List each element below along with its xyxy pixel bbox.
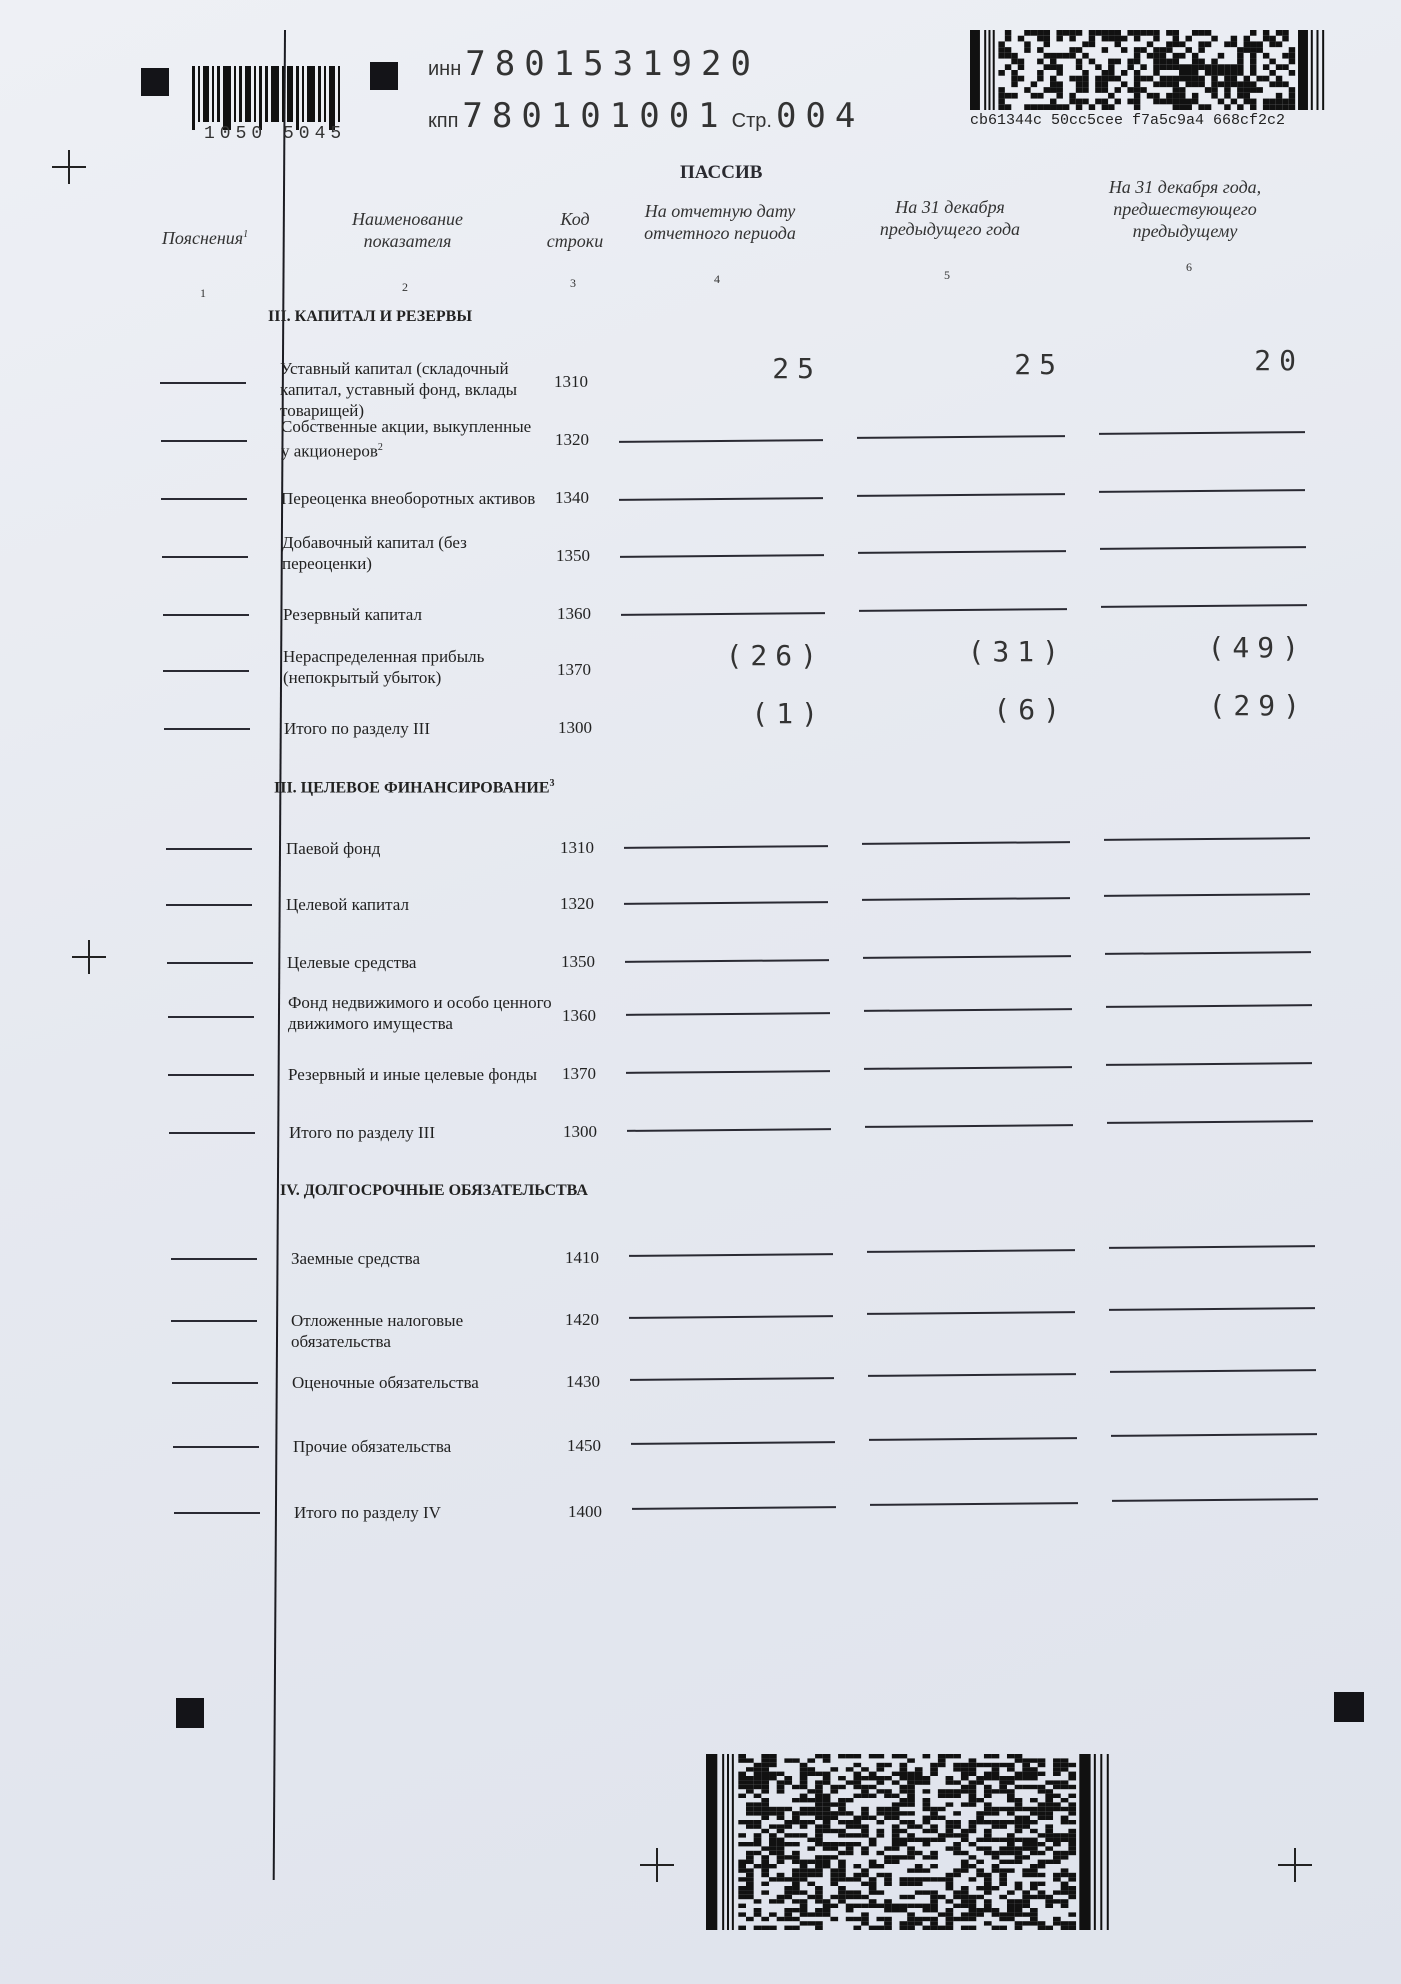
column-number: 3 [570,276,576,291]
value-cell-empty[interactable] [625,959,829,962]
row-label: Отложенные налоговые обязательства [291,1310,546,1352]
row-label: Фонд недвижимого и особо ценного движимо… [288,992,578,1034]
value-cell-empty[interactable] [864,1008,1072,1011]
value-cell[interactable]: (1) [622,697,826,730]
value-cell-empty[interactable] [621,612,825,615]
value-cell-empty[interactable] [1110,1369,1316,1372]
kpp-block: КПП 780101001 Стр. 004 [428,96,864,136]
column-header-name: Наименование показателя [320,208,495,252]
row-code: 1310 [554,372,588,392]
row-label: Добавочный капитал (без переоценки) [282,532,537,574]
row-code: 1300 [558,718,592,738]
value-cell-empty[interactable] [1104,837,1310,840]
value-cell-empty[interactable] [624,845,828,848]
value-cell-empty[interactable] [1101,604,1307,607]
value-cell-empty[interactable] [1099,489,1305,492]
registration-square [1334,1692,1364,1722]
inn-block: ИНН 7801531920 [428,44,760,84]
value-cell-empty[interactable] [863,955,1071,958]
registration-square [176,1698,204,1728]
row-label: Паевой фонд [286,838,541,859]
column-number: 5 [944,268,950,283]
registration-square [141,68,169,96]
linear-barcode [192,66,343,122]
row-label: Прочие обязательства [293,1436,548,1457]
value-cell-empty[interactable] [868,1373,1076,1376]
page-number: 004 [776,96,864,136]
value-cell-empty[interactable] [1106,1004,1312,1007]
row-label: Итого по разделу IV [294,1502,549,1523]
row-code: 1310 [560,838,594,858]
notes-field[interactable] [164,728,250,730]
value-cell-empty[interactable] [630,1377,834,1380]
page-label: Стр. [732,110,772,132]
notes-field[interactable] [173,1446,259,1448]
value-cell-empty[interactable] [1105,951,1311,954]
row-label: Целевой капитал [286,894,541,915]
column-header-notes: Пояснения1 [150,224,260,249]
value-cell-empty[interactable] [867,1249,1075,1252]
pdf417-barcode [706,1754,1110,1930]
value-cell-empty[interactable] [1111,1433,1317,1436]
value-cell[interactable]: 20 [1098,344,1304,377]
notes-field[interactable] [171,1258,257,1260]
barcode-number: 1050 5045 [204,124,346,144]
value-cell[interactable]: 25 [618,352,822,385]
notes-field[interactable] [161,440,247,442]
value-cell[interactable]: (6) [860,693,1068,726]
kpp-value: 780101001 [462,96,727,136]
value-cell-empty[interactable] [1104,893,1310,896]
inn-value: 7801531920 [465,44,760,84]
value-cell-empty[interactable] [864,1066,1072,1069]
notes-field[interactable] [168,1074,254,1076]
row-code: 1320 [560,894,594,914]
row-code: 1320 [555,430,589,450]
value-cell-empty[interactable] [869,1437,1077,1440]
notes-field[interactable] [169,1132,255,1134]
row-label: Резервный и иные целевые фонды [288,1064,543,1085]
crosshair-icon [640,1848,674,1882]
notes-field[interactable] [166,848,252,850]
value-cell-empty[interactable] [1109,1245,1315,1248]
row-code: 1430 [566,1372,600,1392]
value-cell-empty[interactable] [862,841,1070,844]
crosshair-icon [1278,1848,1312,1882]
row-code: 1370 [562,1064,596,1084]
row-code: 1400 [568,1502,602,1522]
row-code: 1350 [561,952,595,972]
value-cell-empty[interactable] [626,1012,830,1015]
pdf417-barcode [970,30,1325,110]
row-label: Итого по разделу III [284,718,539,739]
value-cell-empty[interactable] [619,439,823,442]
registration-square [370,62,398,90]
value-cell-empty[interactable] [865,1124,1073,1127]
notes-field[interactable] [160,382,246,384]
notes-field[interactable] [172,1382,258,1384]
value-cell-empty[interactable] [862,897,1070,900]
row-code: 1450 [567,1436,601,1456]
notes-field[interactable] [163,670,249,672]
value-cell[interactable]: (29) [1102,689,1308,722]
value-cell-empty[interactable] [632,1506,836,1509]
value-cell-empty[interactable] [629,1315,833,1318]
row-code: 1360 [557,604,591,624]
row-label: Нераспределенная прибыль (непокрытый убы… [283,646,538,688]
value-cell-empty[interactable] [870,1502,1078,1505]
value-cell[interactable]: (49) [1101,631,1307,664]
notes-field[interactable] [174,1512,260,1514]
column-header-prev-prev-year: На 31 декабря года, предшествующего пред… [1090,176,1280,242]
value-cell[interactable]: 25 [856,348,1064,381]
row-label: Оценочные обязательства [292,1372,547,1393]
value-cell-empty[interactable] [624,901,828,904]
value-cell-empty[interactable] [626,1070,830,1073]
value-cell[interactable]: (31) [859,635,1067,668]
section-title: III. КАПИТАЛ И РЕЗЕРВЫ [268,308,472,326]
row-label: Собственные акции, выкупленные у акционе… [281,416,536,462]
value-cell-empty[interactable] [1109,1307,1315,1310]
value-cell-empty[interactable] [1106,1062,1312,1065]
notes-field[interactable] [161,498,247,500]
value-cell-empty[interactable] [619,497,823,500]
value-cell-empty[interactable] [629,1253,833,1256]
row-code: 1410 [565,1248,599,1268]
notes-field[interactable] [162,556,248,558]
column-number: 2 [402,280,408,295]
page-title: ПАССИВ [680,162,762,184]
row-label: Резервный капитал [283,604,538,625]
value-cell-empty[interactable] [631,1441,835,1444]
value-cell-empty[interactable] [620,554,824,557]
notes-field[interactable] [167,962,253,964]
column-number: 1 [200,286,206,301]
kpp-label: КПП [428,110,458,132]
column-number: 6 [1186,260,1192,275]
row-label: Заемные средства [291,1248,546,1269]
value-cell-empty[interactable] [1099,431,1305,434]
row-label: Переоценка внеоборотных активов [281,488,536,509]
row-code: 1360 [562,1006,596,1026]
row-code: 1340 [555,488,589,508]
value-cell-empty[interactable] [857,435,1065,438]
value-cell-empty[interactable] [867,1311,1075,1314]
row-label: Итого по разделу III [289,1122,544,1143]
row-code: 1300 [563,1122,597,1142]
section-title: IV. ДОЛГОСРОЧНЫЕ ОБЯЗАТЕЛЬСТВА [280,1182,588,1200]
row-code: 1350 [556,546,590,566]
value-cell-empty[interactable] [1107,1120,1313,1123]
document-hash: cb61344c 50cc5cee f7a5c9a4 668cf2c2 [970,112,1285,129]
notes-field[interactable] [166,904,252,906]
value-cell[interactable]: (26) [621,639,825,672]
section-title: III. ЦЕЛЕВОЕ ФИНАНСИРОВАНИЕ3 [274,778,555,797]
column-header-prev-year: На 31 декабря предыдущего года [860,196,1040,240]
row-code: 1420 [565,1310,599,1330]
inn-label: ИНН [428,58,461,80]
crosshair-icon [52,150,86,184]
value-cell-empty[interactable] [1112,1498,1318,1501]
notes-field[interactable] [163,614,249,616]
row-label: Целевые средства [287,952,542,973]
column-header-current: На отчетную дату отчетного периода [620,200,820,244]
value-cell-empty[interactable] [858,550,1066,553]
value-cell-empty[interactable] [627,1128,831,1131]
value-cell-empty[interactable] [857,493,1065,496]
crosshair-icon [72,940,106,974]
column-header-code: Код строки [535,208,615,252]
notes-field[interactable] [168,1016,254,1018]
value-cell-empty[interactable] [859,608,1067,611]
row-label: Уставный капитал (складочный капитал, ус… [280,358,570,421]
column-number: 4 [714,272,720,287]
notes-field[interactable] [171,1320,257,1322]
value-cell-empty[interactable] [1100,546,1306,549]
row-code: 1370 [557,660,591,680]
